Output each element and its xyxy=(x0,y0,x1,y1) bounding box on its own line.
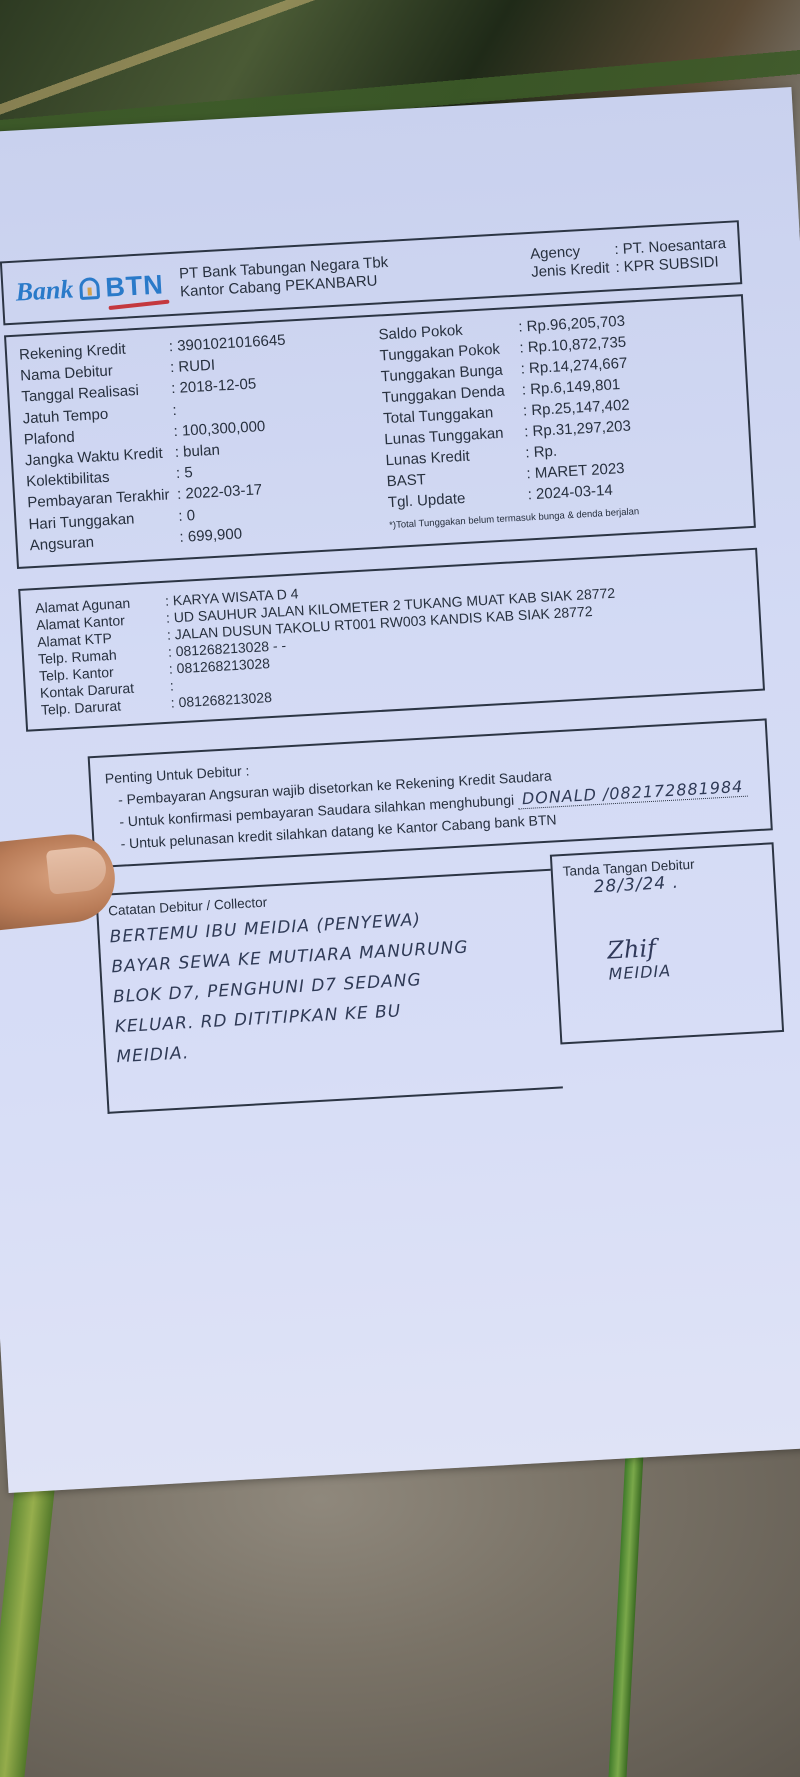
bank-info: PT Bank Tabungan Negara Tbk Kantor Caban… xyxy=(179,254,390,302)
credit-type-label: Jenis Kredit xyxy=(531,260,610,282)
important-notice: Penting Untuk Debitur : - Pembayaran Ang… xyxy=(88,718,773,868)
agency-info: Agency : PT. Noesantara Jenis Kredit : K… xyxy=(530,235,728,282)
collector-notes: Catatan Debitur / Collector Bertemu Ibu … xyxy=(95,869,563,1114)
bank-logo: Bank BTN xyxy=(15,269,165,308)
address-details: Alamat AgunanKARYA WISATA D 4Alamat Kant… xyxy=(35,561,749,719)
signature-box: Tanda Tangan Debitur 28/3/24 . Zhif Meid… xyxy=(550,842,784,1044)
notes-signature-row: Catatan Debitur / Collector Bertemu Ibu … xyxy=(95,856,786,1114)
thumbnail xyxy=(46,845,108,895)
logo-word: Bank xyxy=(15,274,74,307)
address-box: Alamat AgunanKARYA WISATA D 4Alamat Kant… xyxy=(18,548,765,732)
handwritten-notes: Bertemu Ibu Meidia (Penyewa)Bayar sewa k… xyxy=(109,898,551,1072)
collection-slip: Bank BTN PT Bank Tabungan Negara Tbk Kan… xyxy=(0,220,787,1117)
house-icon xyxy=(79,277,100,300)
arrears-details: Saldo PokokRp.96,205,703Tunggakan PokokR… xyxy=(378,305,741,536)
loan-details: Rekening Kredit3901021016645Nama Debitur… xyxy=(19,325,390,557)
document-paper: Bank BTN PT Bank Tabungan Negara Tbk Kan… xyxy=(0,87,800,1493)
logo-brand: BTN xyxy=(104,269,164,303)
loan-info-box: Rekening Kredit3901021016645Nama Debitur… xyxy=(4,294,756,569)
